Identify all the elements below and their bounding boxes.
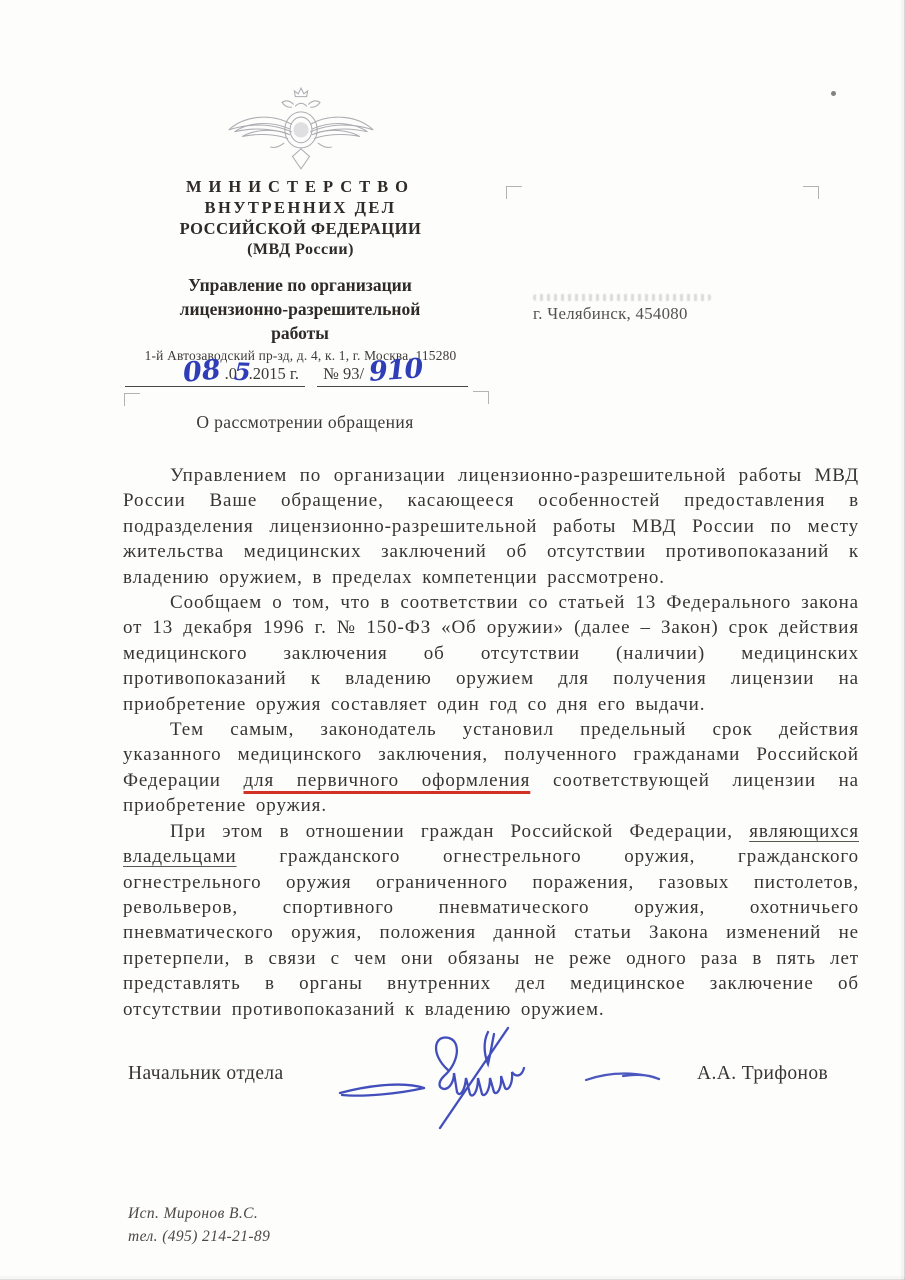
date-number-line: 08.05.2015 г. № 93/910 bbox=[125, 364, 471, 398]
mvd-eagle-emblem-icon bbox=[225, 83, 377, 173]
ministry-line: ВНУТРЕННИХ ДЕЛ bbox=[118, 197, 483, 218]
signer-position: Начальник отдела bbox=[128, 1063, 284, 1085]
body-paragraph: Управлением по организации лицензионно-р… bbox=[123, 463, 859, 590]
body-paragraph: При этом в отношении граждан Российской … bbox=[123, 819, 859, 1022]
department-name: Управление по организации лицензионно-ра… bbox=[130, 273, 470, 345]
handwritten-day: 08 bbox=[183, 365, 221, 379]
subject-line: О рассмотрении обращения bbox=[130, 412, 480, 433]
ministry-line: РОССИЙСКОЙ ФЕДЕРАЦИИ bbox=[118, 218, 483, 239]
number-sign: № bbox=[323, 364, 339, 383]
date-field: 08.05.2015 г. bbox=[125, 364, 305, 387]
executor-block: Исп. Миронов В.С. тел. (495) 214-21-89 bbox=[128, 1202, 270, 1248]
handwritten-signature bbox=[336, 1026, 608, 1132]
number-field: № 93/910 bbox=[317, 364, 468, 387]
number-printed: 93/ bbox=[343, 364, 364, 383]
signer-name: А.А. Трифонов bbox=[697, 1063, 828, 1085]
faded-text-line bbox=[533, 294, 711, 301]
body-paragraphs: Управлением по организации лицензионно-р… bbox=[123, 463, 859, 1022]
corner-mark bbox=[473, 391, 489, 404]
department-line: лицензионно-разрешительной bbox=[130, 297, 470, 321]
signature-dash bbox=[583, 1066, 665, 1088]
scanned-letter-page: МИНИСТЕРСТВО ВНУТРЕННИХ ДЕЛ РОССИЙСКОЙ Ф… bbox=[0, 0, 905, 1280]
ministry-line: МИНИСТЕРСТВО bbox=[118, 176, 483, 197]
paragraph-text: При этом в отношении граждан Российской … bbox=[170, 821, 749, 842]
ministry-name: МИНИСТЕРСТВО ВНУТРЕННИХ ДЕЛ РОССИЙСКОЙ Ф… bbox=[118, 176, 483, 260]
executor-phone: тел. (495) 214-21-89 bbox=[128, 1225, 270, 1248]
corner-mark bbox=[124, 393, 140, 406]
paragraph-text: гражданского огнестрельного оружия, граж… bbox=[123, 846, 859, 1019]
department-line: работы bbox=[130, 321, 470, 345]
body-paragraph: Тем самым, законодатель установил предел… bbox=[123, 717, 859, 819]
org-address: 1-й Автозаводский пр-зд, д. 4, к. 1, г. … bbox=[118, 348, 483, 364]
body-paragraph: Сообщаем о том, что в соответствии со ст… bbox=[123, 590, 859, 717]
handwritten-number: 910 bbox=[369, 364, 423, 378]
ministry-line: (МВД России) bbox=[118, 239, 483, 260]
paragraph-text: Сообщаем о том, что в соответствии со ст… bbox=[123, 592, 859, 715]
underlined-phrase: для первичного оформления bbox=[244, 770, 531, 791]
corner-mark bbox=[506, 186, 522, 199]
paragraph-text: Управлением по организации лицензионно-р… bbox=[123, 465, 859, 588]
scan-speck bbox=[831, 91, 836, 96]
handwritten-month-digit: 5 bbox=[234, 367, 251, 378]
recipient-city: г. Челябинск, 454080 bbox=[533, 304, 688, 324]
date-printed: .2015 г. bbox=[249, 364, 299, 383]
corner-mark bbox=[803, 186, 819, 199]
department-line: Управление по организации bbox=[130, 273, 470, 297]
executor-name: Исп. Миронов В.С. bbox=[128, 1202, 270, 1225]
